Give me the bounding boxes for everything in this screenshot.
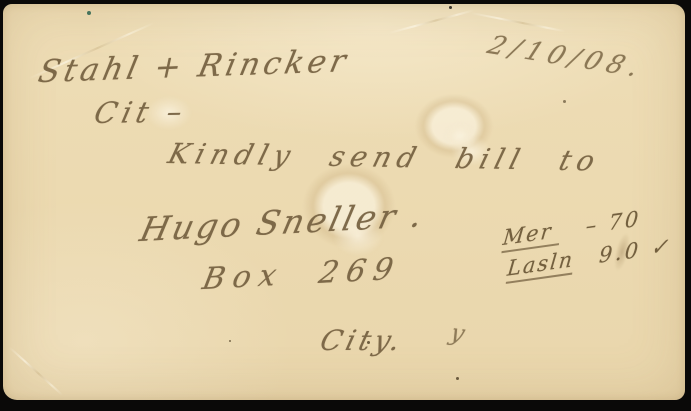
paper-crease	[389, 9, 475, 34]
paper-speck	[563, 100, 566, 103]
handwritten-stray-mark: y	[447, 320, 468, 347]
paper-speck	[456, 377, 459, 380]
handwritten-name: Hugo Sneller .	[136, 195, 429, 249]
paper-crease	[8, 346, 63, 396]
handwritten-city: City.	[317, 324, 408, 357]
handwritten-addressee: Stahl + Rincker	[35, 43, 353, 90]
handwritten-addressee-city: Cit –	[91, 94, 191, 130]
scanned-postcard: 2/10/08. Stahl + Rincker Cit – Kindly se…	[0, 0, 691, 411]
tally-label-underlined: Mer	[501, 217, 561, 253]
paper-speck	[229, 340, 231, 342]
tally-value: – 70	[585, 206, 642, 238]
handwritten-date: 2/10/08.	[483, 31, 650, 84]
handwritten-tally: Mer – 70 Lasln 9.0 ✓	[501, 203, 674, 288]
paper-speck	[449, 6, 452, 9]
paper-crease	[471, 12, 566, 32]
tally-value: 9.0 ✓	[599, 233, 673, 268]
handwritten-box-number: Box 269	[200, 251, 404, 297]
tally-label-underlined: Lasln	[506, 247, 576, 284]
paper-speck	[87, 11, 91, 15]
handwritten-request-line: Kindly send bill to	[165, 137, 605, 177]
postcard-paper: 2/10/08. Stahl + Rincker Cit – Kindly se…	[3, 4, 685, 400]
